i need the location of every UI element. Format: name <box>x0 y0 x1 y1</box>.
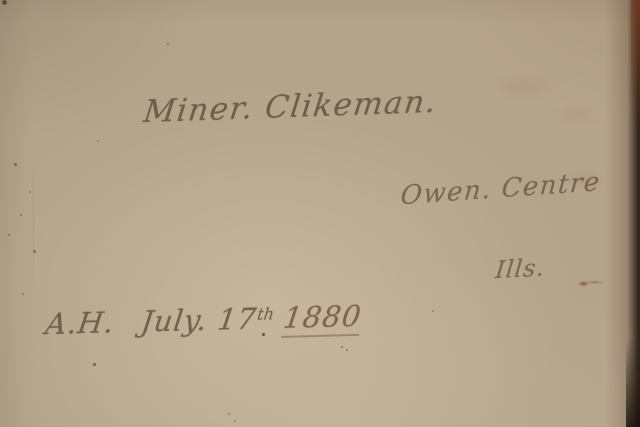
paper-crease <box>33 138 34 303</box>
ink-stain-spot <box>574 276 608 290</box>
ink-speck <box>8 234 10 236</box>
ink-speck <box>228 413 230 415</box>
page-edge-streak <box>631 0 640 130</box>
ink-speck <box>20 214 22 216</box>
handwritten-initials: A.H. <box>44 305 117 341</box>
handwritten-state: Ills. <box>494 253 547 284</box>
ink-speck <box>234 420 236 422</box>
handwritten-name: Miner. Clikeman. <box>142 84 440 130</box>
handwritten-year: 1880 <box>281 299 364 338</box>
ink-speck <box>167 43 169 45</box>
ink-speck <box>93 363 96 366</box>
ink-speck <box>341 346 343 348</box>
ink-speck <box>33 250 36 253</box>
ink-speck <box>14 163 17 166</box>
spacer <box>113 332 140 333</box>
handwritten-day-suffix: th <box>256 304 275 324</box>
page-edge-shadow <box>626 337 640 427</box>
ink-speck <box>22 293 24 295</box>
ink-speck <box>29 191 31 193</box>
handwritten-date-line: A.H.July. 17th 1880 <box>44 299 364 341</box>
handwritten-day: 17 <box>216 301 259 336</box>
ink-speck <box>2 0 7 5</box>
ink-speck <box>262 333 265 336</box>
ink-speck <box>97 140 99 142</box>
foxing-stain <box>470 55 620 135</box>
handwritten-month: July. <box>139 303 210 339</box>
ink-speck <box>346 349 348 351</box>
inscription-photo: Miner. Clikeman. Owen. Centre Ills. A.H.… <box>0 0 640 427</box>
ink-speck <box>432 310 434 312</box>
